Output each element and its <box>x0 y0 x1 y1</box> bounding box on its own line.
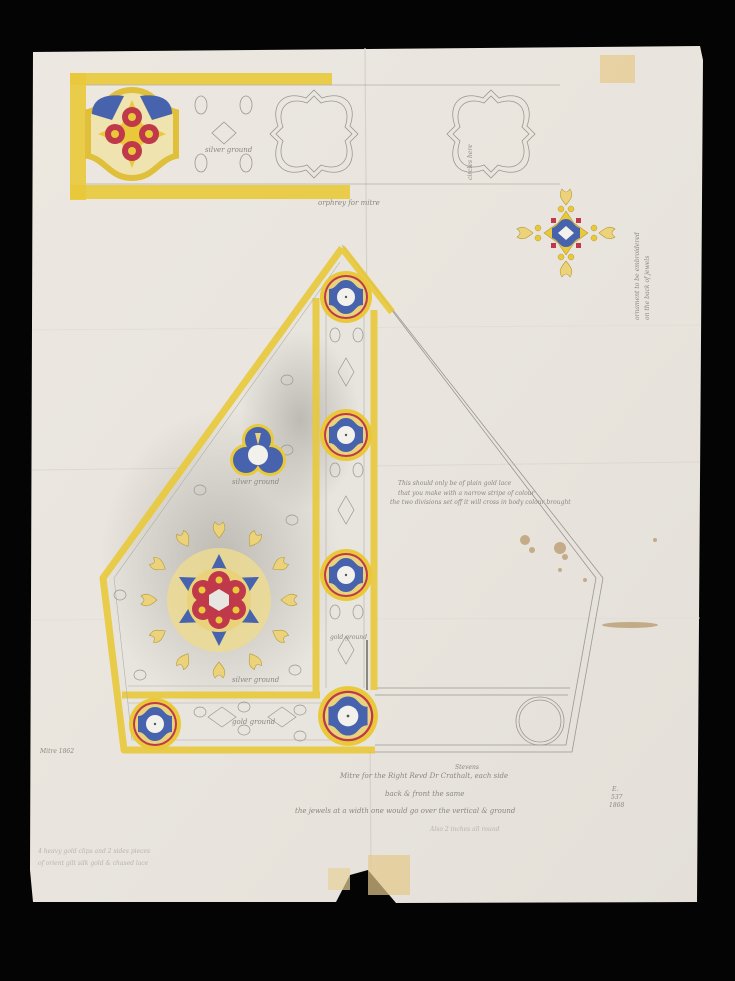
museum-number-1: E. <box>612 786 618 793</box>
mitre-design-drawing <box>0 0 735 981</box>
annotation-ornament-note-2: on the back of jewels <box>644 256 651 320</box>
jewel-roundel <box>320 409 372 461</box>
annotation-trefoil: silver ground <box>232 478 279 486</box>
annotation-silver-ground: silver ground <box>205 146 252 154</box>
jewel-roundel <box>318 686 378 746</box>
annotation-center-2: that you make with a narrow stripe of co… <box>398 490 534 497</box>
tape-stain <box>368 855 410 895</box>
annotation-ornament-note-1: ornament to be embroidered <box>634 232 641 320</box>
annotation-vertical-band: gold ground <box>330 634 367 641</box>
annotation-bottom-left-2: of orient gilt silk gold & chased lace <box>38 860 148 867</box>
annotation-title-correction: Stevens <box>455 764 479 771</box>
annotation-title-1: Mitre for the Right Revd Dr Crathalt, ea… <box>340 772 508 780</box>
annotation-bottom-left-1: 4 heavy gold clips and 2 sides pieces <box>38 848 150 855</box>
tape-stain <box>600 55 635 83</box>
jewel-roundel <box>320 271 372 323</box>
annotation-bottom-band: gold ground <box>232 718 275 726</box>
artwork-photograph: silver ground orphrey for mitre circles … <box>0 0 735 981</box>
annotation-left-margin: Mitre 1862 <box>40 748 74 755</box>
annotation-title-3: the jewels at a width one would go over … <box>295 807 515 815</box>
jewel-roundel <box>129 698 181 750</box>
annotation-side-note: circles here <box>467 144 474 180</box>
museum-number-3: 1868 <box>609 802 624 809</box>
jewel-roundel <box>320 549 372 601</box>
museum-number-2: 537 <box>611 794 622 801</box>
annotation-center-1: This should only be of plain gold lace <box>398 480 511 487</box>
annotation-title-2: back & front the same <box>385 790 464 798</box>
annotation-faint: Also 2 inches all round <box>430 826 500 833</box>
annotation-orphrey: orphrey for mitre <box>318 199 380 207</box>
annotation-center-3: the two divisions set off it will cross … <box>390 499 571 506</box>
annotation-rose-ground: silver ground <box>232 676 279 684</box>
